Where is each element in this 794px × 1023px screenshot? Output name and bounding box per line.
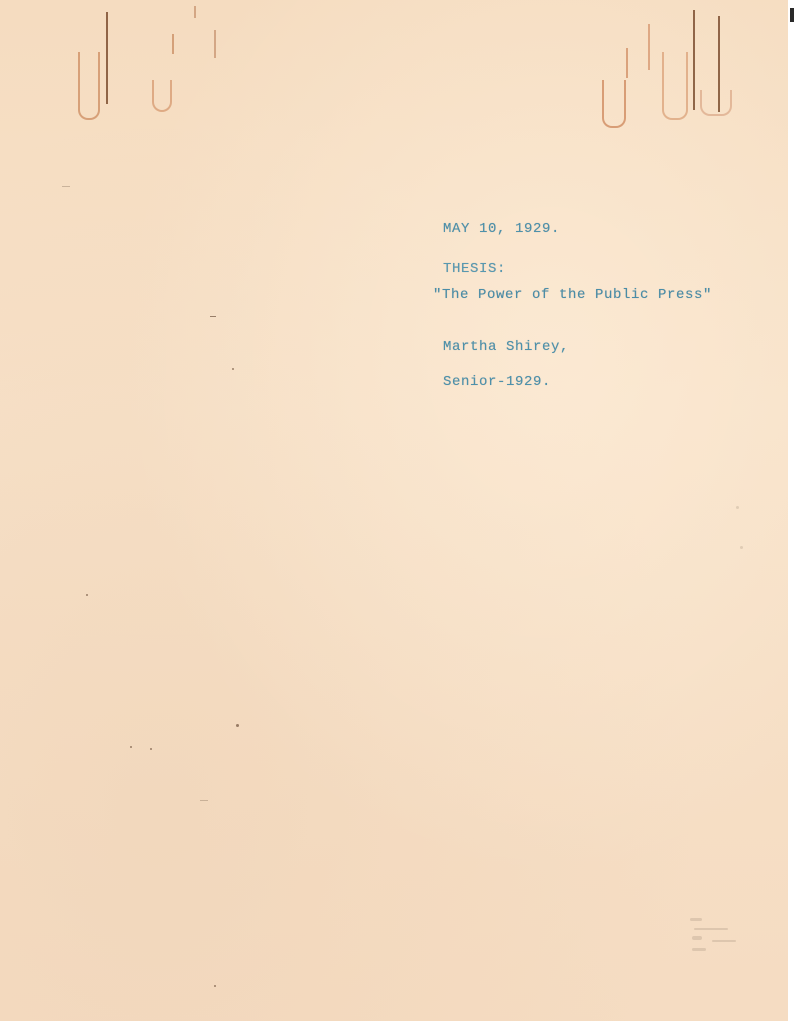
class-year: Senior-1929. [443,374,551,390]
thesis-title: "The Power of the Public Press" [433,287,712,303]
author-name: Martha Shirey, [443,339,569,355]
scan-edge-mark [790,8,794,22]
date-line: MAY 10, 1929. [443,221,560,237]
thesis-label: THESIS: [443,261,506,277]
document-page: MAY 10, 1929. THESIS: "The Power of the … [0,0,788,1021]
scan-edge [788,0,794,1023]
